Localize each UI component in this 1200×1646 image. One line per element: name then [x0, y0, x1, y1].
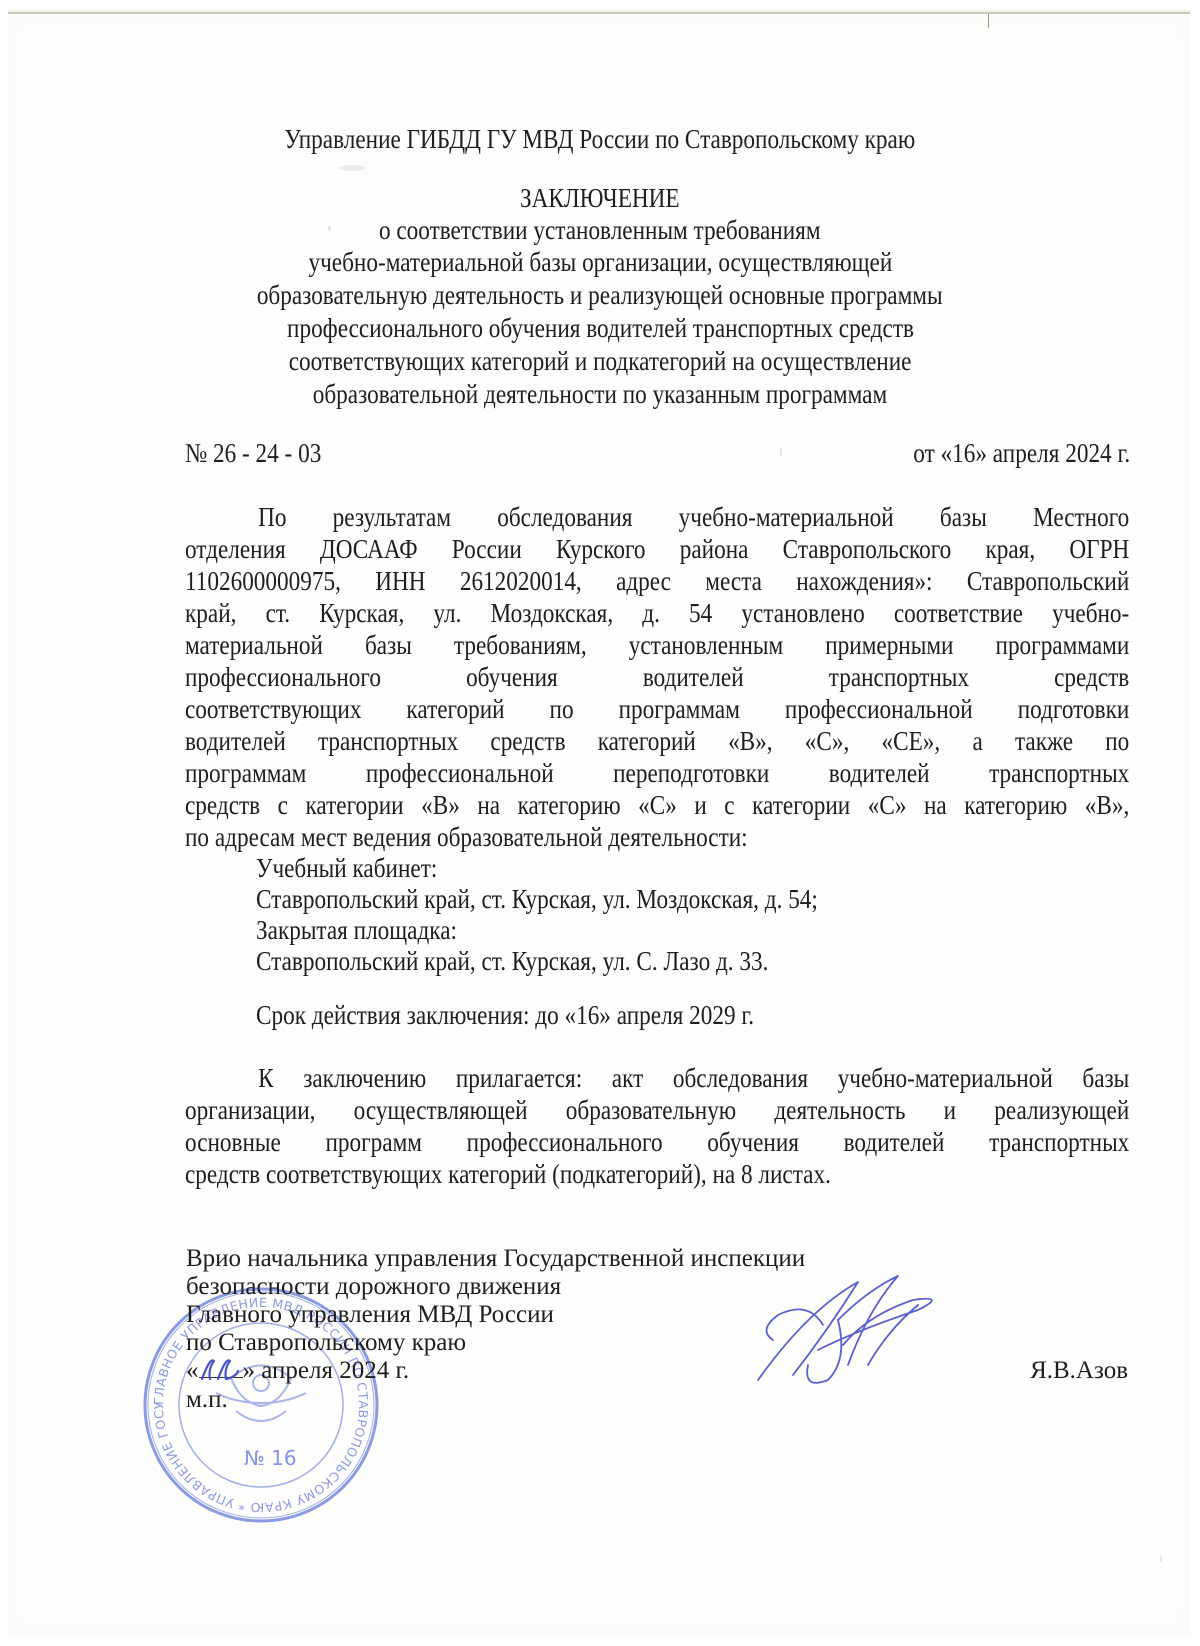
body-paragraph-line: отделения ДОСААФ России Курского района … — [185, 534, 1129, 565]
scan-mark — [988, 14, 989, 28]
attachment-paragraph-line: средств соответствующих категорий (подка… — [185, 1159, 936, 1190]
title-subtitle-line: образовательную деятельность и реализующ… — [0, 280, 1200, 311]
body-paragraph-line: 1102600000975, ИНН 2612020014, адрес мес… — [185, 566, 1129, 597]
body-paragraph-line: край, ст. Курская, ул. Моздокская, д. 54… — [185, 598, 1129, 629]
validity-statement: Срок действия заключения: до «16» апреля… — [256, 1000, 835, 1031]
scan-artifact — [1160, 1556, 1162, 1562]
title-subtitle-line: образовательной деятельности по указанны… — [0, 379, 1200, 410]
handwritten-signature — [748, 1270, 978, 1400]
stamp-number: № 16 — [244, 1446, 297, 1470]
signatory-position-line: безопасности дорожного движения — [186, 1273, 561, 1301]
body-paragraph-line: средств с категории «В» на категорию «С»… — [185, 790, 1129, 821]
document-title: ЗАКЛЮЧЕНИЕ — [0, 183, 1200, 214]
body-paragraph-line: профессионального обучения водителей тра… — [185, 662, 1129, 693]
body-paragraph-line: водителей транспортных средств категорий… — [185, 726, 1129, 757]
body-paragraph-line: соответствующих категорий по программам … — [185, 694, 1129, 725]
body-paragraph-line: материальной базы требованиям, установле… — [185, 630, 1129, 661]
title-subtitle-line: профессионального обучения водителей тра… — [0, 313, 1200, 344]
scan-artifact — [340, 165, 366, 171]
signatory-position-line: Главного управления МВД России — [186, 1301, 554, 1329]
scan-artifact — [780, 447, 782, 457]
title-subtitle-line: соответствующих категорий и подкатегорий… — [0, 346, 1200, 377]
issuing-authority: Управление ГИБДД ГУ МВД России по Ставро… — [0, 124, 1200, 155]
attachment-paragraph-line: организации, осуществляющей образователь… — [185, 1095, 1129, 1126]
attachment-paragraph-line: основные программ профессионального обуч… — [185, 1127, 1129, 1158]
location-label-closed-area: Закрытая площадка: — [256, 915, 490, 946]
body-paragraph-line: по адресам мест ведения образовательной … — [185, 822, 839, 853]
signatory-name: Я.В.Азов — [1030, 1357, 1128, 1385]
scan-artifact — [328, 226, 331, 231]
title-subtitle-line: о соответствии установленным требованиям — [0, 215, 1200, 246]
document-date: от «16» апреля 2024 г. — [878, 438, 1130, 469]
location-address-classroom: Ставропольский край, ст. Курская, ул. Мо… — [256, 884, 909, 915]
document-number: № 26 - 24 - 03 — [185, 438, 344, 469]
title-subtitle-line: учебно-материальной базы организации, ос… — [0, 247, 1200, 278]
location-label-classroom: Учебный кабинет: — [256, 853, 467, 884]
body-paragraph-line: По результатам обследования учебно-матер… — [185, 502, 1129, 533]
signatory-position-line: Врио начальника управления Государственн… — [186, 1245, 805, 1273]
seal-place-mark: м.п. — [186, 1386, 228, 1414]
location-address-closed-area: Ставропольский край, ст. Курская, ул. С.… — [256, 946, 852, 977]
attachment-paragraph-line: К заключению прилагается: акт обследован… — [185, 1063, 1129, 1094]
handwritten-day-mark — [196, 1353, 246, 1385]
body-paragraph-line: программам профессиональной переподготов… — [185, 758, 1129, 789]
